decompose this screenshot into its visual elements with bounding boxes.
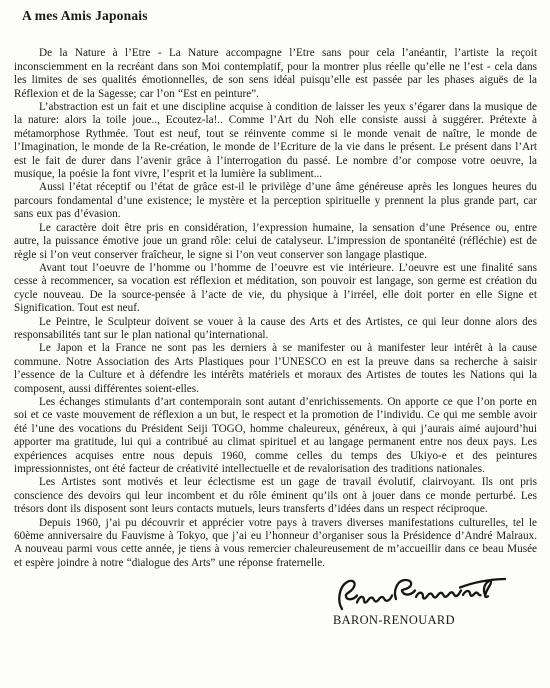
handwritten-signature-image (333, 576, 508, 613)
letter-page: A mes Amis Japonais De la Nature à l’Etr… (0, 0, 550, 688)
letter-body: De la Nature à l’Etre - La Nature accomp… (14, 47, 537, 570)
letter-paragraph-5: Avant tout l’oeuvre de l’homme ou l’homm… (14, 262, 537, 316)
signature-name: BARON-RENOUARD (333, 614, 511, 627)
letter-paragraph-3: Aussi l’état réceptif ou l’état de grâce… (14, 181, 537, 221)
letter-paragraph-2: L’abstraction est un fait et une discipl… (14, 101, 537, 181)
letter-paragraph-1: De la Nature à l’Etre - La Nature accomp… (14, 47, 537, 101)
letter-paragraph-8: Les échanges stimulants d’art contempora… (14, 396, 537, 476)
letter-paragraph-6: Le Peintre, le Sculpteur doivent se voue… (14, 316, 537, 343)
letter-paragraph-9: Les Artistes sont motivés et leur éclect… (14, 476, 537, 516)
page-title: A mes Amis Japonais (22, 9, 537, 22)
signature-block: BARON-RENOUARD (333, 576, 511, 627)
letter-paragraph-4: Le caractère doit être pris en considéra… (14, 222, 537, 262)
letter-paragraph-7: Le Japon et la France ne sont pas les de… (14, 342, 537, 396)
letter-paragraph-10: Depuis 1960, j’ai pu découvrir et appréc… (14, 517, 537, 571)
